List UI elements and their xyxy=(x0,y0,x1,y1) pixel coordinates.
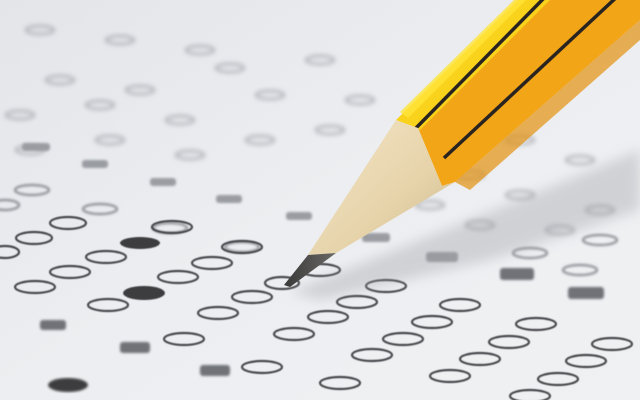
filled-bubble xyxy=(123,286,165,300)
filled-bubble xyxy=(120,237,160,249)
photo-scene: Pencil marking an answer sheet xyxy=(0,0,640,400)
filled-bubble xyxy=(48,378,88,392)
answer-sheet-photo xyxy=(0,0,640,400)
